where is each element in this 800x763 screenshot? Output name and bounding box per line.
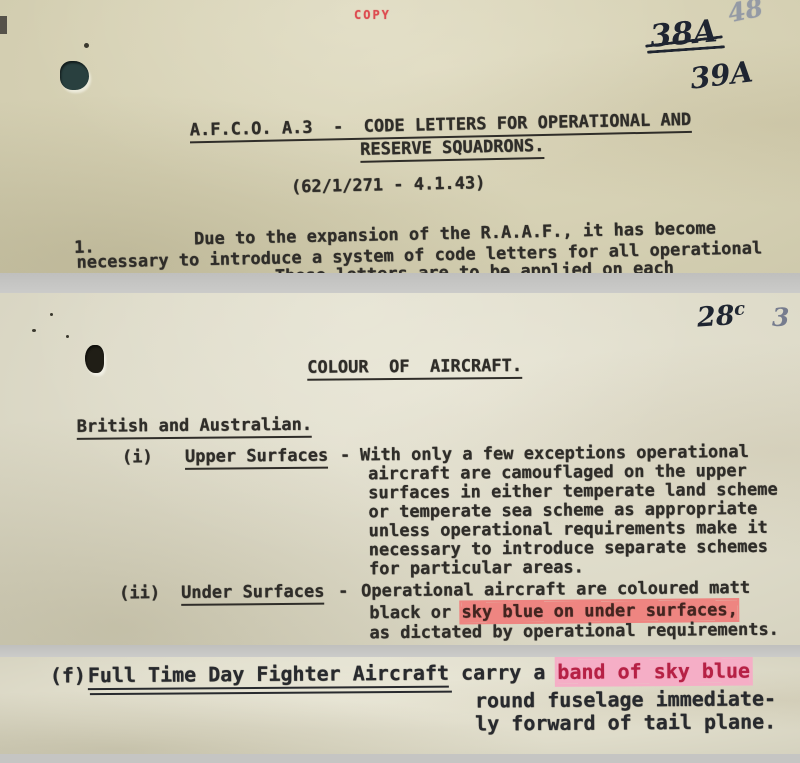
typewritten-layer: (f) Full Time Day Fighter Aircraft carry…	[0, 657, 800, 754]
page-fragment-bottom: (f) Full Time Day Fighter Aircraft carry…	[0, 657, 800, 754]
item-i-label-text: Upper Surfaces	[185, 446, 328, 470]
item-i-dash: -	[340, 445, 350, 465]
section-heading: COLOUR OF AIRCRAFT.	[307, 356, 522, 381]
clause-text: carry a	[449, 660, 558, 685]
doc-title-line2: RESERVE SQUADRONS.	[360, 136, 545, 163]
section-heading-text: COLOUR OF AIRCRAFT.	[307, 356, 522, 381]
item-line: Operational aircraft are coloured matt	[361, 578, 750, 601]
item-line: as dictated by operational requirements.	[369, 620, 779, 644]
clause-line3: ly forward of tail plane.	[475, 710, 776, 735]
clause-line1: Full Time Day Fighter Aircraft carry a b…	[88, 660, 750, 691]
subsection-heading-text: British and Australian.	[77, 415, 313, 440]
item-i-label: Upper Surfaces	[185, 446, 328, 470]
scan-separator	[0, 273, 800, 293]
item-line: for particular areas.	[369, 557, 584, 579]
item-i-number: (i)	[122, 447, 153, 467]
doc-title-line2-text: RESERVE SQUADRONS.	[360, 136, 545, 163]
page-fragment-middle: 28c 3 COLOUR OF AIRCRAFT. British and Au…	[0, 293, 800, 645]
scan-separator	[0, 645, 800, 657]
item-line-plain: black or	[369, 602, 461, 623]
item-ii-label-text: Under Surfaces	[181, 582, 324, 606]
item-ii-label: Under Surfaces	[181, 582, 324, 606]
item-ii-dash: -	[338, 581, 348, 601]
highlight-band-of-sky-blue: band of sky blue	[557, 659, 750, 684]
clause-letter: (f)	[50, 664, 86, 687]
doc-reference: (62/1/271 - 4.1.43)	[291, 173, 486, 197]
scan-separator	[0, 754, 800, 763]
item-ii-number: (ii)	[119, 583, 160, 603]
page-fragment-top: COPY 48 38A 39A A.F.C.O. A.3 - CODE LETT…	[0, 0, 800, 273]
subsection-heading: British and Australian.	[77, 415, 313, 440]
highlight-sky-blue-under-surfaces: sky blue on under surfaces,	[461, 600, 738, 622]
typewritten-layer: COLOUR OF AIRCRAFT. British and Australi…	[0, 293, 800, 645]
typewritten-layer: A.F.C.O. A.3 - CODE LETTERS FOR OPERATIO…	[0, 0, 800, 273]
double-underline	[90, 691, 452, 696]
scanned-document-page: COPY 48 38A 39A A.F.C.O. A.3 - CODE LETT…	[0, 0, 800, 763]
clause-heading: Full Time Day Fighter Aircraft	[88, 662, 449, 691]
